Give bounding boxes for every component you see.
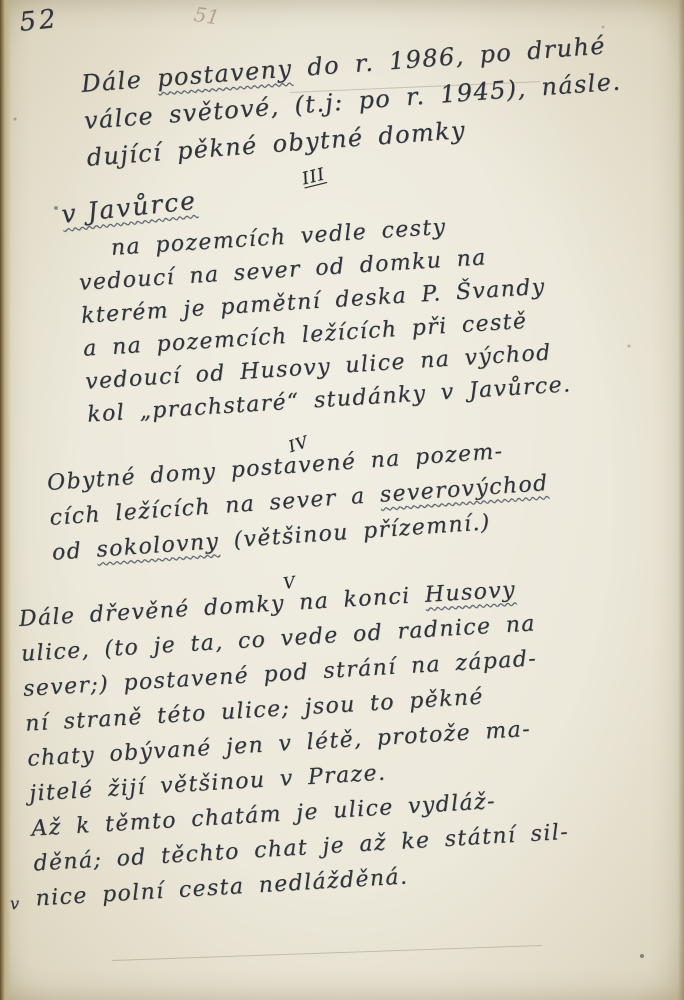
section-marker-iii: III	[300, 164, 327, 189]
manuscript-page: 52 51 Dále postaveny do r. 1986, po druh…	[0, 0, 684, 1000]
paragraph-intro: Dále postaveny do r. 1986, po druhéválce…	[80, 27, 625, 177]
paragraph-drevene-domky: Dále dřevěné domky na konci Husovyulice,…	[18, 570, 572, 916]
wavy-underlined-word: severovýchod	[379, 471, 549, 508]
wavy-underlined-word: postaveny	[156, 54, 293, 92]
wavy-underlined-word: sokolovny	[96, 529, 220, 563]
faint-pencil-mark: 51	[192, 2, 221, 30]
paragraph-obytne-domy: Obytné domy postavené na pozem-cích leží…	[46, 431, 552, 571]
page-right-edge	[678, 0, 684, 1000]
paper-specks	[0, 0, 2, 2]
page-binding-edge	[0, 0, 11, 1000]
page-number: 52	[18, 4, 60, 38]
wavy-underlined-word: Husovy	[424, 577, 516, 607]
margin-checkmark: v	[10, 894, 19, 913]
paragraph-javurce: na pozemcích vedle cestyvedoucí na sever…	[76, 204, 572, 432]
section-heading-javurce: v Javůrce	[60, 186, 198, 229]
paper-crease	[112, 945, 542, 961]
